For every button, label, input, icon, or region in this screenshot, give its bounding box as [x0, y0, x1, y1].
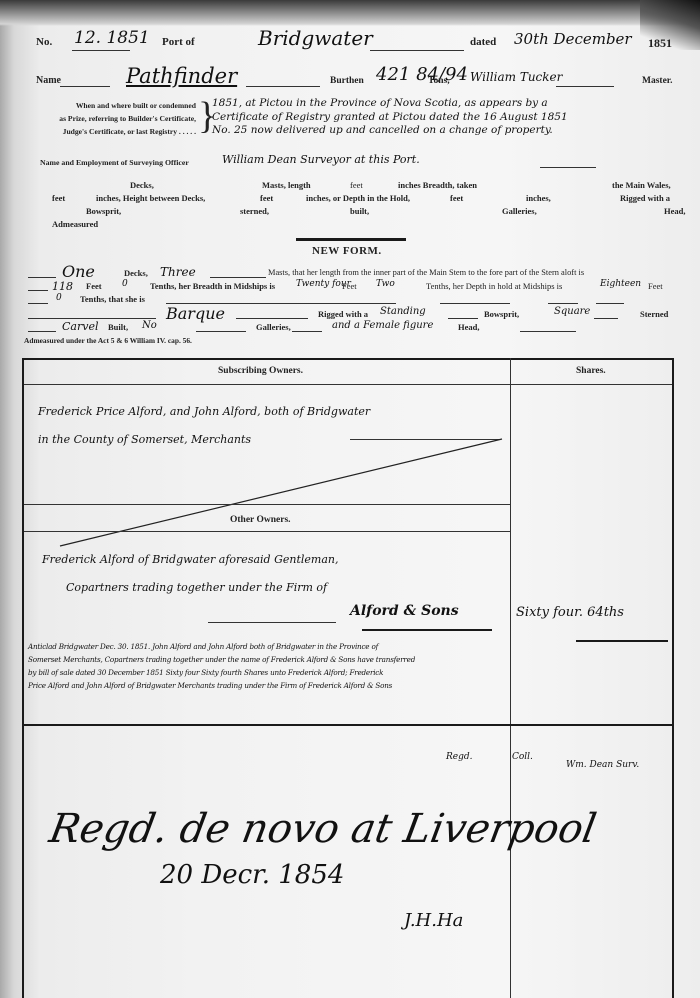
length-tenths: 0: [122, 279, 128, 289]
head-value: and a Female figure: [332, 320, 433, 331]
masts-label: Masts, that her length from the inner pa…: [268, 268, 584, 277]
rule: [596, 303, 624, 304]
rule: [236, 318, 308, 319]
breadth-tenths: Two: [376, 279, 395, 289]
year: 1851: [648, 36, 672, 51]
old-height-label: inches, Height between Decks,: [96, 193, 205, 203]
rule: [210, 277, 266, 278]
dated-label: dated: [470, 36, 496, 48]
old-feet3-label: feet: [260, 193, 273, 203]
burthen-label: Burthen: [330, 76, 364, 86]
rule: [60, 86, 110, 87]
firm-underline: [362, 629, 492, 631]
built-label: When and where built or condemned as Pri…: [40, 99, 196, 138]
signature-regd: Regd.: [446, 752, 473, 762]
old-sterned-label: sterned,: [240, 206, 269, 216]
rigged-label: Rigged with a: [318, 309, 368, 319]
rule: [72, 50, 130, 51]
rule: [24, 724, 672, 726]
name-label: Name: [36, 75, 61, 86]
rule: [28, 331, 56, 332]
burthen-value: 421 84/94: [376, 64, 468, 85]
old-admeasured-label: Admeasured: [52, 219, 98, 229]
rule: [28, 277, 56, 278]
master-label: Master.: [642, 76, 673, 86]
depth-tenths: 0: [56, 293, 62, 303]
signature-coll: Coll.: [512, 752, 533, 762]
shares-value: Sixty four. 64ths: [516, 605, 624, 620]
tenths-that-label: Tenths, that she is: [80, 294, 145, 304]
bowsprit-label: Bowsprit,: [484, 309, 519, 319]
rule: [556, 86, 614, 87]
old-feet4-label: feet: [450, 193, 463, 203]
rule: [208, 622, 336, 623]
rule: [292, 331, 322, 332]
old-masts-label: Masts, length: [262, 180, 311, 190]
signature-surveyor: Wm. Dean Surv.: [566, 760, 639, 770]
old-feet2-label: feet: [52, 193, 65, 203]
sterned-value: Square: [554, 306, 590, 317]
act-reference: Admeasured under the Act 5 & 6 William I…: [24, 336, 192, 345]
old-decks-label: Decks,: [130, 180, 154, 190]
galleries-value: No: [142, 320, 157, 331]
old-feet-label: feet: [350, 180, 363, 190]
registry-number: 12. 1851: [74, 28, 150, 48]
length-feet: 118: [52, 280, 73, 293]
col-subscribing-owners: Subscribing Owners.: [218, 366, 303, 376]
built-value: Carvel: [62, 320, 98, 333]
rule: [246, 86, 320, 87]
transaction-memo: Anticlad Bridgwater Dec. 30. 1851. John …: [28, 640, 415, 692]
col-shares: Shares.: [576, 366, 606, 376]
rule: [540, 167, 596, 168]
registered-de-novo: Regd. de novo at Liverpool: [46, 806, 600, 852]
decks-label: Decks,: [124, 268, 148, 278]
bowsprit-value: Standing: [380, 306, 426, 317]
old-built-label: built,: [350, 206, 369, 216]
rule: [24, 531, 510, 532]
surveyor-label: Name and Employment of Surveying Officer: [40, 158, 189, 167]
old-wales-label: the Main Wales,: [612, 180, 671, 190]
rule: [28, 290, 48, 291]
rule: [548, 303, 578, 304]
rule: [440, 303, 510, 304]
old-rigged-label: Rigged with a: [620, 193, 670, 203]
tons-label: Tons,: [428, 76, 450, 86]
rule: [448, 318, 478, 319]
rule: [594, 318, 618, 319]
old-depth-label: inches, or Depth in the Hold,: [306, 193, 410, 203]
rule: [28, 318, 156, 319]
depth-feet: Eighteen: [600, 279, 641, 289]
rule: [28, 303, 48, 304]
old-bowsprit-label: Bowsprit,: [86, 206, 121, 216]
scan-shadow: [0, 0, 700, 26]
other-owners-label: Other Owners.: [230, 515, 291, 525]
rule: [196, 331, 246, 332]
feet-label-3: Feet: [648, 281, 663, 291]
galleries-label: Galleries,: [256, 322, 291, 332]
masts-value: Three: [160, 265, 196, 279]
master-value: William Tucker: [470, 70, 562, 84]
built-label: Built,: [108, 322, 128, 332]
surveyor-value: William Dean Surveyor at this Port.: [222, 153, 420, 166]
registry-document: No. 12. 1851 Port of Bridgwater dated 30…: [0, 0, 700, 998]
rule: [520, 331, 576, 332]
new-form-title: NEW FORM.: [312, 245, 382, 257]
rule: [576, 640, 668, 642]
old-galleries-label: Galleries,: [502, 206, 537, 216]
port-label: Port of: [162, 36, 195, 48]
vessel-name: Pathfinder: [126, 64, 237, 88]
registered-date: 20 Decr. 1854: [160, 860, 344, 890]
firm-name: Alford & Sons: [350, 603, 459, 619]
head-label: Head,: [458, 322, 480, 332]
table-right-border: [672, 358, 674, 998]
rule: [370, 50, 464, 51]
rule: [24, 504, 510, 505]
header-rule: [24, 384, 672, 385]
feet-label: Feet: [86, 281, 102, 291]
old-head-label: Head,: [664, 206, 686, 216]
table-top-border: [22, 358, 674, 360]
feet-label-2: Feet: [342, 281, 357, 291]
built-value: 1851, at Pictou in the Province of Nova …: [212, 97, 568, 138]
tenths-depth-label: Tenths, her Depth in hold at Midships is: [426, 281, 562, 291]
divider: [296, 238, 406, 241]
old-breadth-label: inches Breadth, taken: [398, 180, 477, 190]
sterned-label: Sterned: [640, 309, 668, 319]
port-value: Bridgwater: [258, 26, 373, 50]
old-inches-label: inches,: [526, 193, 551, 203]
no-label: No.: [36, 36, 52, 48]
tenths-breadth-label: Tenths, her Breadth in Midships is: [150, 281, 275, 291]
rig-type-value: Barque: [166, 304, 225, 323]
other-owners-text: Frederick Alford of Bridgwater aforesaid…: [42, 546, 338, 602]
dated-value: 30th December: [514, 30, 632, 48]
registrar-initials: J.H.Ha: [404, 910, 463, 931]
decks-value: One: [62, 262, 95, 281]
